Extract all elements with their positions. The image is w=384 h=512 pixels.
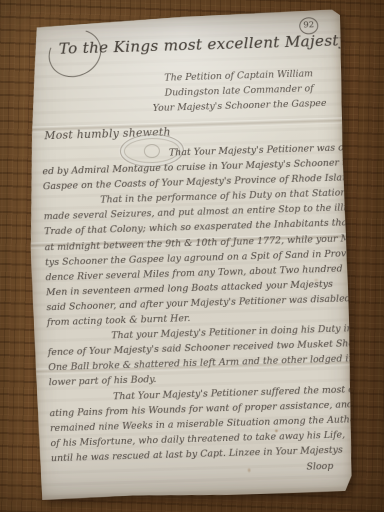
manuscript-paragraph: That in the performance of his Duty on t…: [43, 186, 339, 330]
manuscript-paragraph: That your Majesty's Petitioner in doing …: [47, 322, 341, 391]
photo-background: 92 To the Kings most excellent Majesty T…: [0, 0, 384, 512]
petition-heading: The Petition of Captain William Dudingst…: [132, 66, 347, 118]
document-title: To the Kings most excellent Majesty: [59, 32, 327, 58]
manuscript-paragraph: That Your Majesty's Petitioner suffered …: [49, 382, 343, 466]
petition-body: That Your Majesty's Petitioner was order…: [42, 141, 344, 483]
manuscript-page-wrapper: 92 To the Kings most excellent Majesty T…: [24, 9, 354, 500]
manuscript-page: 92 To the Kings most excellent Majesty T…: [24, 9, 354, 500]
